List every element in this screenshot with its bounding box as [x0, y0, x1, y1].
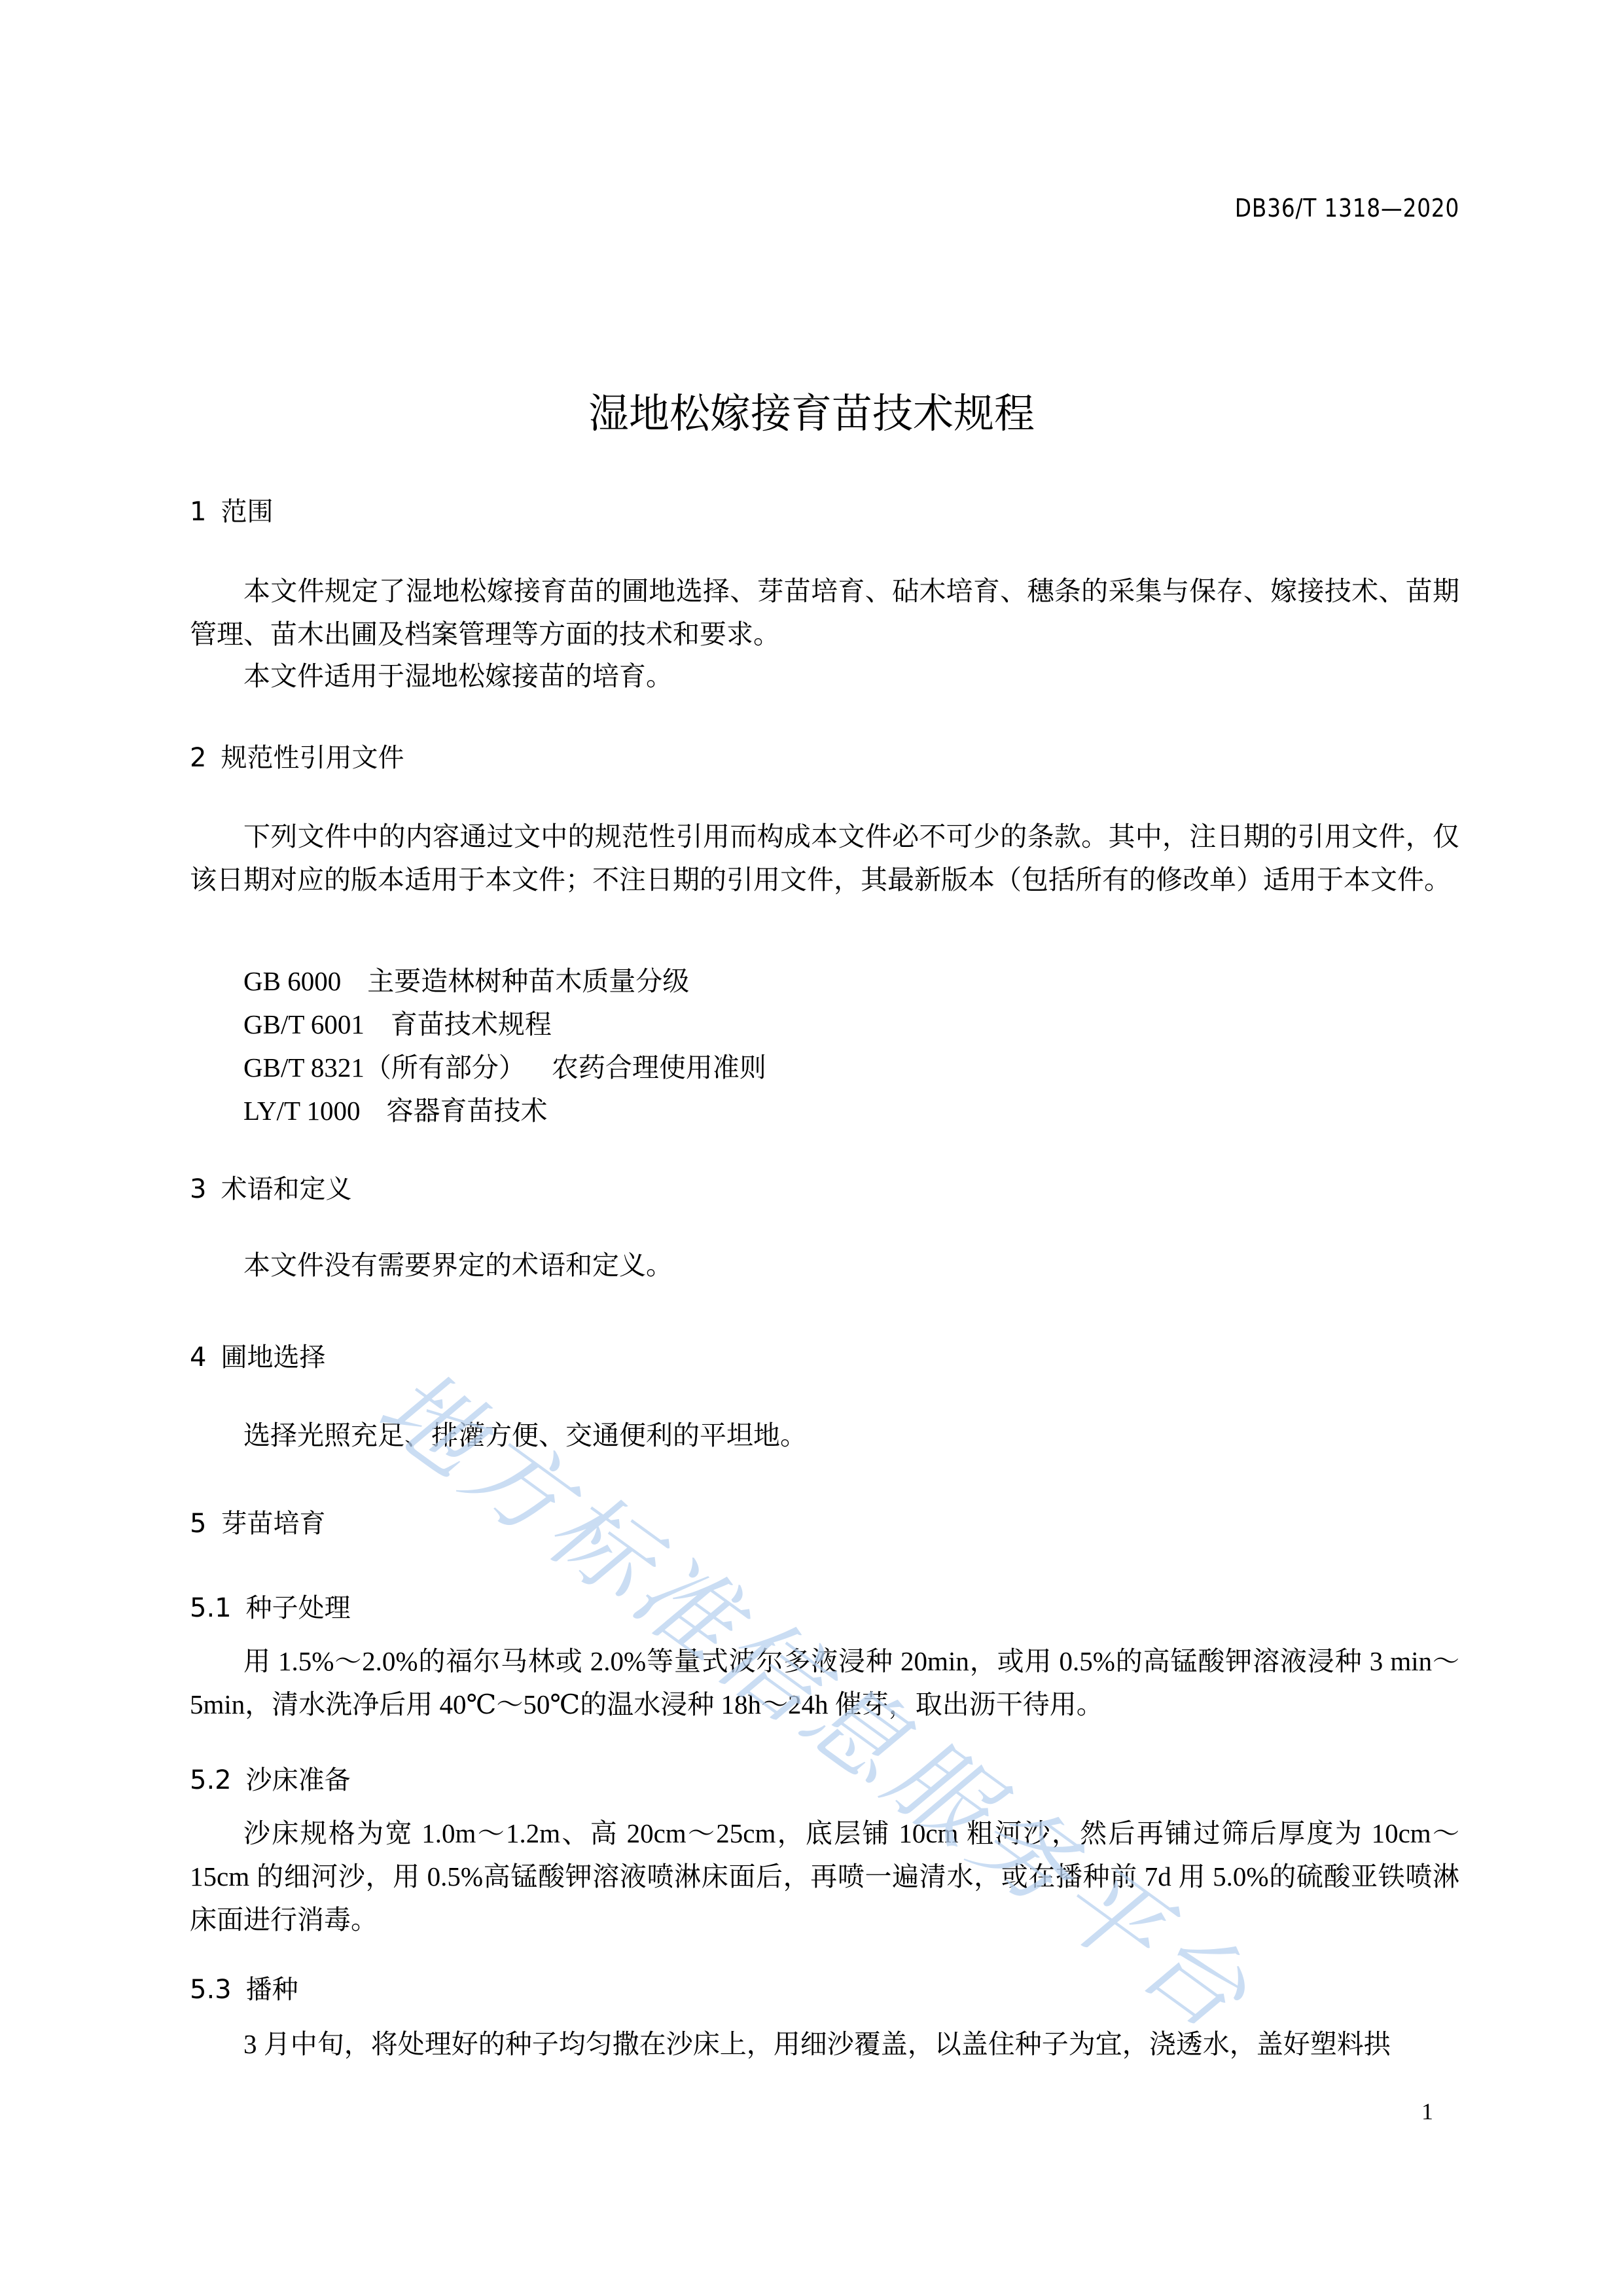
reference-name: 育苗技术规程: [391, 1009, 552, 1039]
reference-item: GB/T 8321（所有部分）农药合理使用准则: [243, 1046, 766, 1085]
section-number: 4: [190, 1342, 206, 1372]
page-number: 1: [1421, 2098, 1433, 2125]
paragraph: 本文件规定了湿地松嫁接育苗的圃地选择、芽苗培育、砧木培育、穗条的采集与保存、嫁接…: [190, 569, 1459, 656]
section-heading-1: 1范围: [190, 491, 273, 528]
section-number: 2: [190, 743, 206, 773]
subsection-heading-5-3: 5.3播种: [190, 1969, 298, 2006]
reference-code: GB/T 8321（所有部分）: [243, 1052, 526, 1083]
section-heading-4: 4圃地选择: [190, 1336, 325, 1374]
reference-item: LY/T 1000容器育苗技术: [243, 1089, 548, 1128]
paragraph: 本文件适用于湿地松嫁接苗的培育。: [190, 655, 1459, 698]
paragraph: 3 月中旬，将处理好的种子均匀撒在沙床上，用细沙覆盖，以盖住种子为宜，浇透水，盖…: [190, 2022, 1459, 2066]
reference-code: LY/T 1000: [243, 1096, 361, 1126]
document-page: DB36/T 1318—2020 湿地松嫁接育苗技术规程 1范围 本文件规定了湿…: [0, 0, 1623, 2296]
subsection-heading-5-1: 5.1种子处理: [190, 1587, 351, 1624]
section-title: 术语和定义: [221, 1174, 351, 1204]
section-title: 芽苗培育: [221, 1509, 325, 1539]
paragraph: 用 1.5%～2.0%的福尔马林或 2.0%等量式波尔多液浸种 20min，或用…: [190, 1640, 1459, 1726]
subsection-title: 种子处理: [246, 1593, 351, 1623]
paragraph: 沙床规格为宽 1.0m～1.2m、高 20cm～25cm，底层铺 10cm 粗河…: [190, 1812, 1459, 1941]
reference-name: 农药合理使用准则: [552, 1052, 766, 1083]
reference-code: GB 6000: [243, 966, 341, 996]
section-heading-5: 5芽苗培育: [190, 1503, 325, 1540]
subsection-heading-5-2: 5.2沙床准备: [190, 1759, 351, 1797]
subsection-number: 5.2: [190, 1765, 232, 1795]
section-number: 1: [190, 497, 206, 527]
subsection-title: 沙床准备: [246, 1765, 351, 1795]
standard-code: DB36/T 1318—2020: [1235, 194, 1459, 223]
section-title: 范围: [221, 497, 273, 527]
reference-code: GB/T 6001: [243, 1009, 365, 1039]
section-number: 3: [190, 1174, 206, 1204]
paragraph: 选择光照充足、排灌方便、交通便利的平坦地。: [190, 1414, 1459, 1457]
reference-name: 主要造林树种苗木质量分级: [367, 966, 689, 996]
subsection-title: 播种: [246, 1975, 298, 2005]
subsection-number: 5.1: [190, 1593, 232, 1623]
section-heading-2: 2规范性引用文件: [190, 737, 404, 774]
reference-item: GB/T 6001育苗技术规程: [243, 1003, 552, 1041]
paragraph: 下列文件中的内容通过文中的规范性引用而构成本文件必不可少的条款。其中，注日期的引…: [190, 815, 1459, 901]
document-title: 湿地松嫁接育苗技术规程: [0, 381, 1623, 439]
reference-item: GB 6000主要造林树种苗木质量分级: [243, 960, 689, 998]
reference-name: 容器育苗技术: [387, 1096, 548, 1126]
subsection-number: 5.3: [190, 1975, 232, 2005]
section-heading-3: 3术语和定义: [190, 1168, 351, 1206]
section-number: 5: [190, 1509, 206, 1539]
paragraph: 本文件没有需要界定的术语和定义。: [190, 1244, 1459, 1287]
section-title: 圃地选择: [221, 1342, 325, 1372]
section-title: 规范性引用文件: [221, 743, 404, 773]
